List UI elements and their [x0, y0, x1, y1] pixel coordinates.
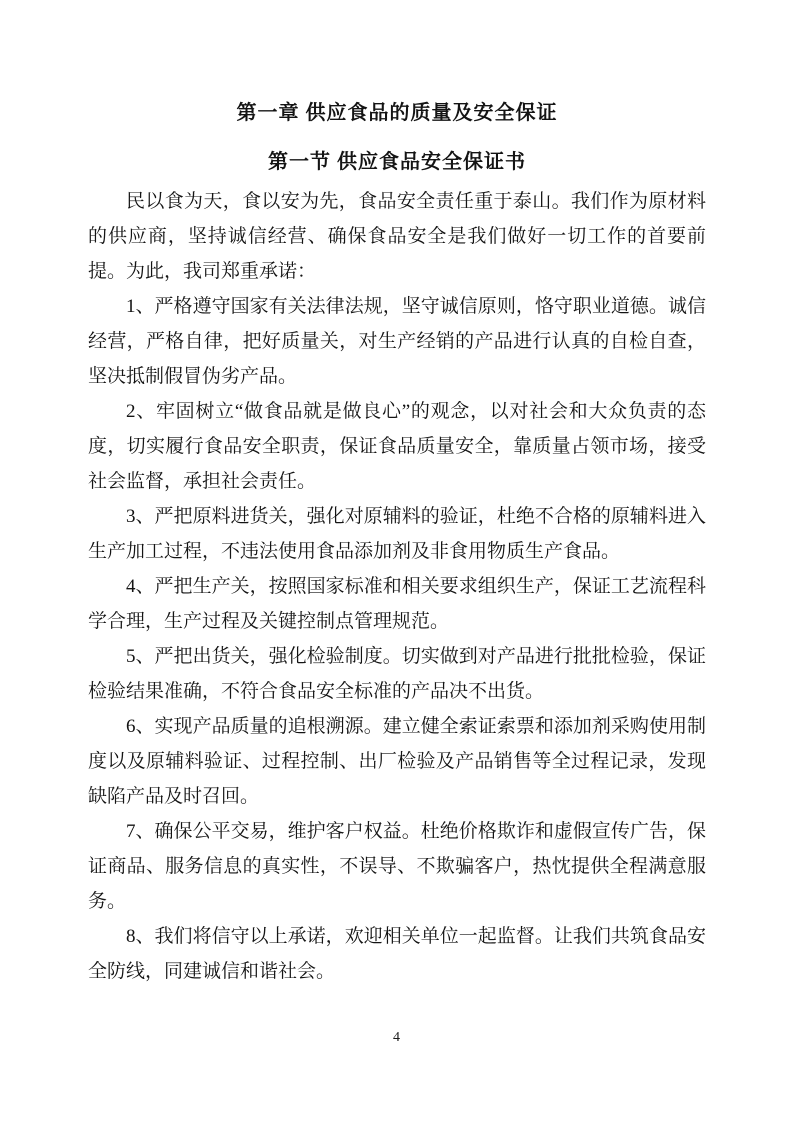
body-paragraph: 8、我们将信守以上承诺，欢迎相关单位一起监督。让我们共筑食品安全防线，同建诚信和…	[88, 919, 706, 989]
body-paragraph: 5、严把出货关，强化检验制度。切实做到对产品进行批批检验，保证检验结果准确，不符…	[88, 639, 706, 709]
document-body: 民以食为天，食以安为先，食品安全责任重于泰山。我们作为原材料的供应商，坚持诚信经…	[88, 184, 706, 989]
body-paragraph: 民以食为天，食以安为先，食品安全责任重于泰山。我们作为原材料的供应商，坚持诚信经…	[88, 184, 706, 289]
body-paragraph: 6、实现产品质量的追根溯源。建立健全索证索票和添加剂采购使用制度以及原辅料验证、…	[88, 709, 706, 814]
section-title: 第一节 供应食品安全保证书	[88, 148, 706, 176]
body-paragraph: 1、严格遵守国家有关法律法规，坚守诚信原则，恪守职业道德。诚信经营，严格自律，把…	[88, 289, 706, 394]
body-paragraph: 2、牢固树立“做食品就是做良心”的观念，以对社会和大众负责的态度，切实履行食品安…	[88, 394, 706, 499]
body-paragraph: 3、严把原料进货关，强化对原辅料的验证，杜绝不合格的原辅料进入生产加工过程，不违…	[88, 499, 706, 569]
page-number: 4	[0, 1028, 793, 1048]
document-page: 第一章 供应食品的质量及安全保证 第一节 供应食品安全保证书 民以食为天，食以安…	[0, 0, 793, 1122]
body-paragraph: 4、严把生产关，按照国家标准和相关要求组织生产，保证工艺流程科学合理，生产过程及…	[88, 569, 706, 639]
body-paragraph: 7、确保公平交易，维护客户权益。杜绝价格欺诈和虚假宣传广告，保证商品、服务信息的…	[88, 814, 706, 919]
chapter-title: 第一章 供应食品的质量及安全保证	[88, 99, 706, 127]
